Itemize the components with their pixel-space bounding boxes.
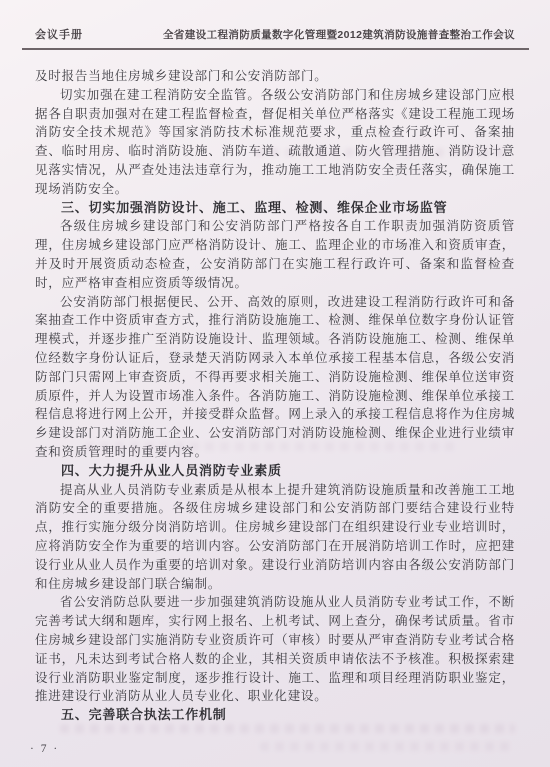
body-paragraph: 公安消防部门根据便民、公开、高效的原则，改进建设工程消防行政许可和备案抽查工作中… xyxy=(35,293,515,462)
body-paragraph: 切实加强在建工程消防安全监管。各级公安消防部门和住房城乡建设部门应根据各自职责加… xyxy=(35,86,515,199)
body-paragraph: 提高从业人员消防专业素质是从根本上提升建筑消防设施质量和改善施工工地消防安全的重… xyxy=(35,481,515,594)
paragraph-continuation: 及时报告当地住房城乡建设部门和公安消防部门。 xyxy=(35,67,515,86)
section-heading-four: 四、大力提升从业人员消防专业素质 xyxy=(35,462,515,481)
page-number: · 7 · xyxy=(30,743,59,755)
ink-bleed-through xyxy=(260,742,515,751)
booklet-label: 会议手册 xyxy=(35,26,83,42)
document-body: 及时报告当地住房城乡建设部门和公安消防部门。 切实加强在建工程消防安全监管。各级… xyxy=(35,67,515,725)
conference-title: 全省建设工程消防质量数字化管理暨2012建筑消防设施普查整治工作会议 xyxy=(163,27,515,42)
body-paragraph: 各级住房城乡建设部门和公安消防部门严格按各自工作职责加强消防资质管理，住房城乡建… xyxy=(35,217,515,292)
section-heading-five: 五、完善联合执法工作机制 xyxy=(35,706,515,725)
body-paragraph: 省公安消防总队要进一步加强建筑消防设施从业人员消防专业考试工作，不断完善考试大纲… xyxy=(35,593,515,706)
scanned-document-page: 会议手册 全省建设工程消防质量数字化管理暨2012建筑消防设施普查整治工作会议 … xyxy=(0,0,550,767)
running-head: 会议手册 全省建设工程消防质量数字化管理暨2012建筑消防设施普查整治工作会议 xyxy=(35,26,515,48)
header-rule xyxy=(22,48,529,50)
section-heading-three: 三、切实加强消防设计、施工、监理、检测、维保企业市场监管 xyxy=(35,199,515,218)
ink-bleed-through xyxy=(60,724,515,733)
